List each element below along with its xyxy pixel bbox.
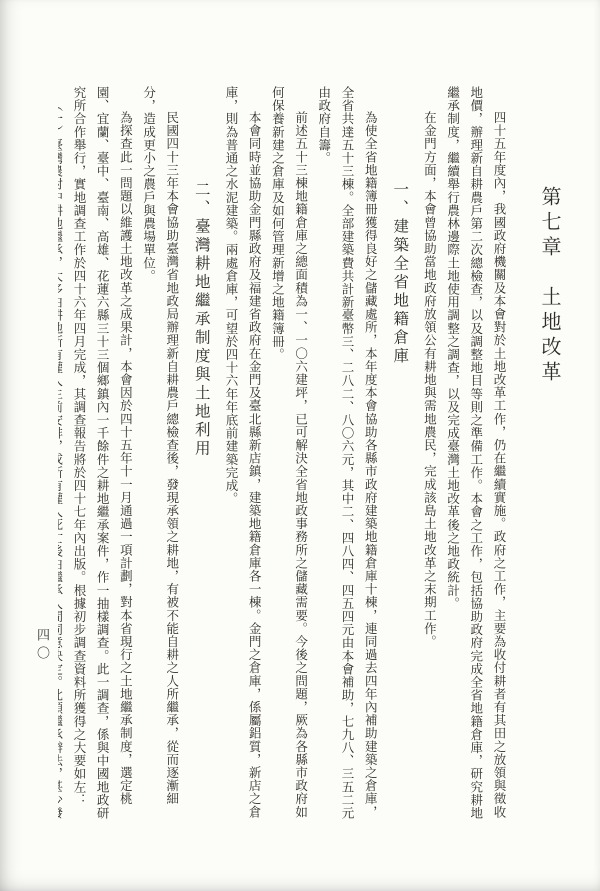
paragraph-intro: 四十五年度內，我國政府機關及本會對於土地改革工作，仍在繼續實施。政府之工作，主要… (440, 86, 510, 823)
list-item-1: （一）臺灣農村中耕地繼承，大多由耕地所有權人生前安排，或所有權人死亡後由繼承人間… (58, 86, 67, 823)
scanned-book-page: 第七章 土地改革 四十五年度內，我國政府機關及本會對於土地改革工作，仍在繼續實施… (0, 0, 600, 891)
paragraph-warehouse-construction: 為使全省地籍簿冊獲得良好之儲藏處所，本年度本會協助各縣市政府建築地籍倉庫十棟，連… (312, 86, 382, 823)
vertical-text-flow: 第七章 土地改革 四十五年度內，我國政府機關及本會對於土地改革工作，仍在繼續實施… (58, 86, 570, 823)
paragraph-inheritance-problem: 民國四十三年本會協助臺灣省地政局辦理新自耕農戶總檢查後，發現承領之耕地，有被不能… (136, 86, 182, 823)
chapter-title: 第七章 土地改革 (532, 86, 566, 823)
section-heading-1: 一、建築全省地籍倉庫 (386, 86, 412, 823)
section-heading-2: 二、臺灣耕地繼承制度與土地利用 (188, 86, 214, 823)
chapter-title-text: 第七章 土地改革 (538, 186, 560, 386)
paragraph-warehouse-area: 前述五十三棟地籍倉庫之總面積為一、一〇六建坪，已可解決全省地政事務所之儲藏需要。… (265, 86, 311, 823)
paragraph-kinmen-hsintien-warehouses: 本會同時並協助金門縣政府及福建省政府在金門及臺北縣新店鎮，建築地籍倉庫各一棟。金… (219, 86, 265, 823)
paragraph-kinmen: 在金門方面，本會曾協助當地政府放領公有耕地與需地農民，完成該島土地改革之末期工作… (417, 86, 440, 823)
paragraph-survey-plan: 為探查此一問題以維護土地改革之成果計，本會因於四十五年十一月通過一項計劃，對本省… (67, 86, 137, 823)
page-number: 四〇 (33, 628, 52, 664)
